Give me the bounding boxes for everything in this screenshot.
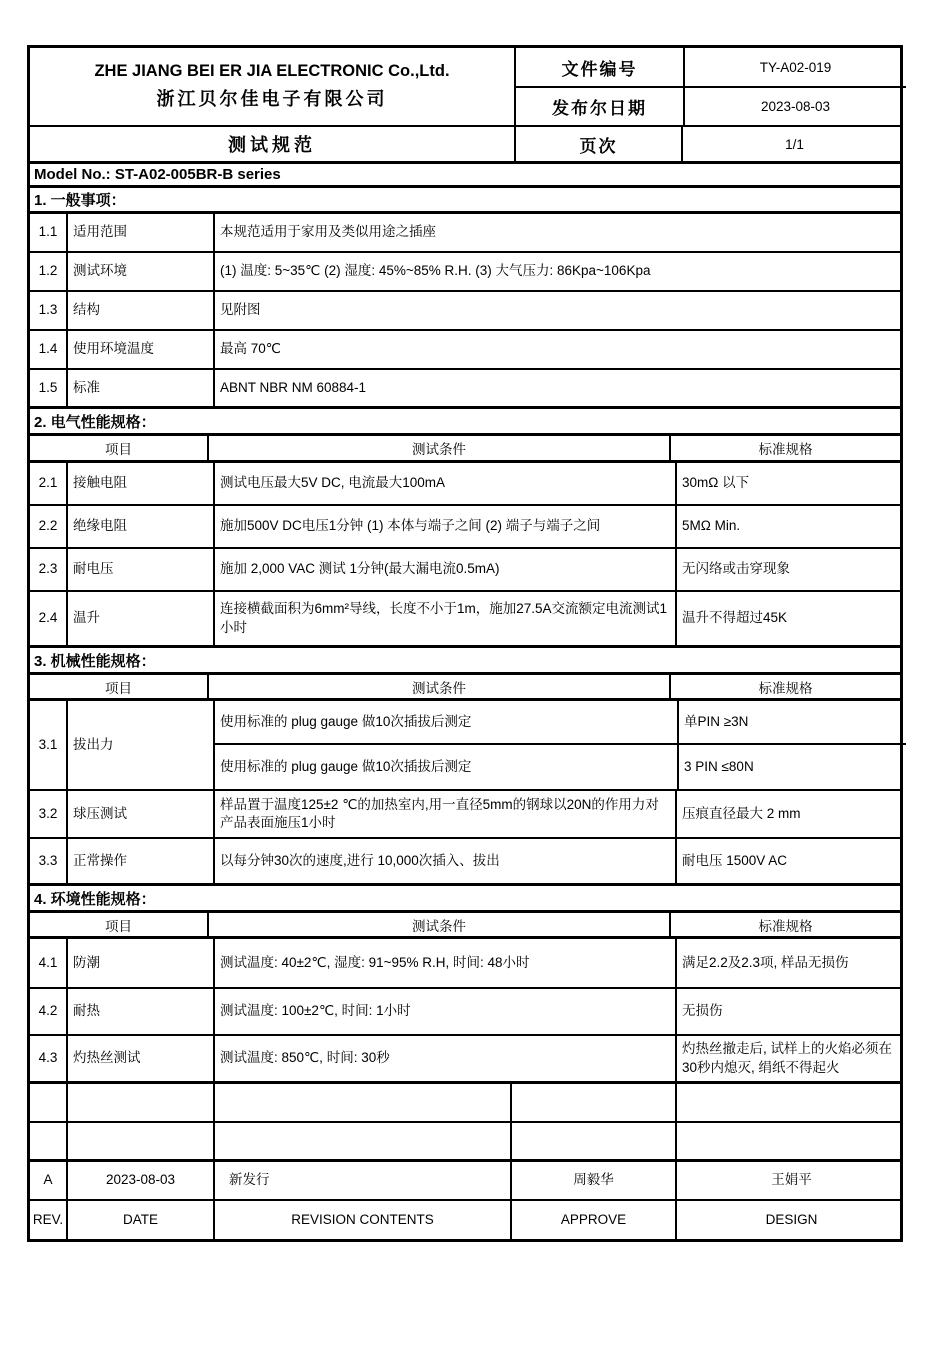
row-item: 适用范围 bbox=[66, 214, 213, 251]
row-condition: 测试电压最大5V DC, 电流最大100mA bbox=[213, 463, 675, 504]
test-spec-document: ZHE JIANG BEI ER JIA ELECTRONIC Co.,Ltd.… bbox=[27, 45, 903, 1242]
row-number: 1.3 bbox=[30, 292, 66, 329]
company-name-chinese: 浙江贝尔佳电子有限公司 bbox=[157, 85, 388, 111]
release-date-label: 发布尔日期 bbox=[516, 88, 683, 125]
row-number: 4.2 bbox=[30, 989, 66, 1034]
row-condition: 测试温度: 850℃, 时间: 30秒 bbox=[213, 1036, 675, 1081]
column-header-item: 项目 bbox=[30, 436, 207, 460]
row-spec: 3 PIN ≤80N bbox=[677, 745, 908, 789]
row-item: 防潮 bbox=[66, 939, 213, 987]
row-spec: 满足2.2及2.3项, 样品无损伤 bbox=[675, 939, 906, 987]
table-row: 1.4 使用环境温度 最高 70℃ bbox=[30, 331, 900, 370]
section2-title: 2. 电气性能规格： bbox=[30, 409, 160, 433]
row-item: 使用环境温度 bbox=[66, 331, 213, 368]
row-condition: 施加500V DC电压1分钟 (1) 本体与端子之间 (2) 端子与端子之间 bbox=[213, 506, 675, 547]
row-item: 测试环境 bbox=[66, 253, 213, 290]
table-row: 4.1 防潮 测试温度: 40±2℃, 湿度: 91~95% R.H, 时间: … bbox=[30, 939, 900, 989]
row-item: 正常操作 bbox=[66, 839, 213, 883]
row-number: 2.2 bbox=[30, 506, 66, 547]
row-item: 结构 bbox=[66, 292, 213, 329]
table-row: 2.3 耐电压 施加 2,000 VAC 测试 1分钟(最大漏电流0.5mA) … bbox=[30, 549, 900, 592]
row-item: 耐电压 bbox=[66, 549, 213, 590]
row-number: 2.3 bbox=[30, 549, 66, 590]
document-header: ZHE JIANG BEI ER JIA ELECTRONIC Co.,Ltd.… bbox=[30, 48, 900, 127]
row-item: 标准 bbox=[66, 370, 213, 406]
column-header-spec: 标准规格 bbox=[669, 436, 900, 460]
table-row: 1.1 适用范围 本规范适用于家用及类似用途之插座 bbox=[30, 214, 900, 253]
section2-title-row: 2. 电气性能规格： bbox=[30, 409, 900, 436]
doc-number-value: TY-A02-019 bbox=[683, 48, 906, 86]
model-number: Model No.: ST-A02-005BR-B series bbox=[30, 164, 900, 185]
row-condition: 施加 2,000 VAC 测试 1分钟(最大漏电流0.5mA) bbox=[213, 549, 675, 590]
row-number: 4.3 bbox=[30, 1036, 66, 1081]
row-number: 2.1 bbox=[30, 463, 66, 504]
row-number: 4.1 bbox=[30, 939, 66, 987]
table-row: 2.4 温升 连接横截面积为6mm²导线，长度不小于1m，施加27.5A交流额定… bbox=[30, 592, 900, 648]
release-date-value: 2023-08-03 bbox=[683, 88, 906, 125]
row-item: 耐热 bbox=[66, 989, 213, 1034]
table-row: 1.2 测试环境 (1) 温度: 5~35℃ (2) 湿度: 45%~85% R… bbox=[30, 253, 900, 292]
row-item: 接触电阻 bbox=[66, 463, 213, 504]
row-spec: 耐电压 1500V AC bbox=[675, 839, 906, 883]
row-condition: 使用标准的 plug gauge 做10次插拔后测定 bbox=[215, 745, 677, 789]
column-header-condition: 测试条件 bbox=[207, 913, 669, 936]
row-condition: 测试温度: 40±2℃, 湿度: 91~95% R.H, 时间: 48小时 bbox=[213, 939, 675, 987]
table-row: 2.1 接触电阻 测试电压最大5V DC, 电流最大100mA 30mΩ 以下 bbox=[30, 463, 900, 506]
section1-title-row: 1. 一般事项： bbox=[30, 188, 900, 214]
revision-approve: 周毅华 bbox=[510, 1162, 675, 1199]
row-number: 1.1 bbox=[30, 214, 66, 251]
column-header-condition: 测试条件 bbox=[207, 436, 669, 460]
column-header-spec: 标准规格 bbox=[669, 675, 900, 698]
table-row: 4.2 耐热 测试温度: 100±2℃, 时间: 1小时 无损伤 bbox=[30, 989, 900, 1036]
column-header-spec: 标准规格 bbox=[669, 913, 900, 936]
section2-column-header-row: 项目 测试条件 标准规格 bbox=[30, 436, 900, 463]
table-row-group-3-1: 3.1 拔出力 使用标准的 plug gauge 做10次插拔后测定 单PIN … bbox=[30, 701, 900, 791]
row-spec: 单PIN ≥3N bbox=[677, 701, 908, 743]
row-number: 1.4 bbox=[30, 331, 66, 368]
section3-title: 3. 机械性能规格： bbox=[30, 648, 160, 672]
row-number: 3.2 bbox=[30, 791, 66, 837]
row-spec: 无闪络或击穿现象 bbox=[675, 549, 906, 590]
row-number: 1.2 bbox=[30, 253, 66, 290]
revision-footer-approve: APPROVE bbox=[510, 1201, 675, 1239]
column-header-item: 项目 bbox=[30, 913, 207, 936]
revision-empty-row bbox=[30, 1084, 900, 1123]
row-item: 球压测试 bbox=[66, 791, 213, 837]
table-row: 1.3 结构 见附图 bbox=[30, 292, 900, 331]
revision-design: 王娟平 bbox=[675, 1162, 906, 1199]
page-label: 页次 bbox=[514, 127, 681, 161]
column-header-condition: 测试条件 bbox=[207, 675, 669, 698]
section3-title-row: 3. 机械性能规格： bbox=[30, 648, 900, 675]
row-value: ABNT NBR NM 60884-1 bbox=[213, 370, 906, 406]
table-row: 4.3 灼热丝测试 测试温度: 850℃, 时间: 30秒 灼热丝撤走后, 试样… bbox=[30, 1036, 900, 1084]
row-spec: 无损伤 bbox=[675, 989, 906, 1034]
revision-footer-rev: REV. bbox=[30, 1201, 66, 1239]
company-name-english: ZHE JIANG BEI ER JIA ELECTRONIC Co.,Ltd. bbox=[94, 62, 449, 81]
row-item: 绝缘电阻 bbox=[66, 506, 213, 547]
section1-title: 1. 一般事项： bbox=[30, 188, 130, 211]
model-number-row: Model No.: ST-A02-005BR-B series bbox=[30, 164, 900, 188]
row-value: 本规范适用于家用及类似用途之插座 bbox=[213, 214, 906, 251]
row-number: 3.1 bbox=[30, 701, 66, 789]
table-row: 2.2 绝缘电阻 施加500V DC电压1分钟 (1) 本体与端子之间 (2) … bbox=[30, 506, 900, 549]
row-value: (1) 温度: 5~35℃ (2) 湿度: 45%~85% R.H. (3) 大… bbox=[213, 253, 906, 290]
doc-number-label: 文件编号 bbox=[516, 48, 683, 86]
revision-contents: 新发行 bbox=[213, 1162, 510, 1199]
company-name-cell: ZHE JIANG BEI ER JIA ELECTRONIC Co.,Ltd.… bbox=[30, 48, 514, 125]
row-number: 2.4 bbox=[30, 592, 66, 645]
row-item: 拔出力 bbox=[66, 701, 213, 789]
row-value: 最高 70℃ bbox=[213, 331, 906, 368]
revision-footer-date: DATE bbox=[66, 1201, 213, 1239]
document-title: 测试规范 bbox=[30, 127, 514, 161]
row-condition: 连接横截面积为6mm²导线，长度不小于1m，施加27.5A交流额定电流测试1小时 bbox=[213, 592, 675, 645]
section4-column-header-row: 项目 测试条件 标准规格 bbox=[30, 913, 900, 939]
row-spec: 5MΩ Min. bbox=[675, 506, 906, 547]
section4-title-row: 4. 环境性能规格： bbox=[30, 886, 900, 913]
row-spec: 压痕直径最大 2 mm bbox=[675, 791, 906, 837]
row-condition: 使用标准的 plug gauge 做10次插拔后测定 bbox=[215, 701, 677, 743]
revision-empty-row bbox=[30, 1123, 900, 1162]
revision-footer-contents: REVISION CONTENTS bbox=[213, 1201, 510, 1239]
revision-footer-design: DESIGN bbox=[675, 1201, 906, 1239]
page-number: 1/1 bbox=[681, 127, 906, 161]
revision-date: 2023-08-03 bbox=[66, 1162, 213, 1199]
row-condition: 以每分钟30次的速度,进行 10,000次插入、拔出 bbox=[213, 839, 675, 883]
row-condition: 测试温度: 100±2℃, 时间: 1小时 bbox=[213, 989, 675, 1034]
row-spec: 灼热丝撤走后, 试样上的火焰必须在30秒内熄灭, 绢纸不得起火 bbox=[675, 1036, 906, 1081]
document-title-row: 测试规范 页次 1/1 bbox=[30, 127, 900, 164]
row-value: 见附图 bbox=[213, 292, 906, 329]
revision-entry-row: A 2023-08-03 新发行 周毅华 王娟平 bbox=[30, 1162, 900, 1201]
row-item: 温升 bbox=[66, 592, 213, 645]
table-row: 3.3 正常操作 以每分钟30次的速度,进行 10,000次插入、拔出 耐电压 … bbox=[30, 839, 900, 886]
row-condition: 样品置于温度125±2 ℃的加热室内,用一直径5mm的钢球以20N的作用力对产品… bbox=[213, 791, 675, 837]
row-number: 1.5 bbox=[30, 370, 66, 406]
revision-footer-row: REV. DATE REVISION CONTENTS APPROVE DESI… bbox=[30, 1201, 900, 1239]
section4-title: 4. 环境性能规格： bbox=[30, 886, 160, 910]
row-item: 灼热丝测试 bbox=[66, 1036, 213, 1081]
column-header-item: 项目 bbox=[30, 675, 207, 698]
revision-rev: A bbox=[30, 1162, 66, 1199]
table-row: 1.5 标准 ABNT NBR NM 60884-1 bbox=[30, 370, 900, 409]
row-number: 3.3 bbox=[30, 839, 66, 883]
row-spec: 温升不得超过45K bbox=[675, 592, 906, 645]
table-row: 3.2 球压测试 样品置于温度125±2 ℃的加热室内,用一直径5mm的钢球以2… bbox=[30, 791, 900, 839]
row-spec: 30mΩ 以下 bbox=[675, 463, 906, 504]
section3-column-header-row: 项目 测试条件 标准规格 bbox=[30, 675, 900, 701]
